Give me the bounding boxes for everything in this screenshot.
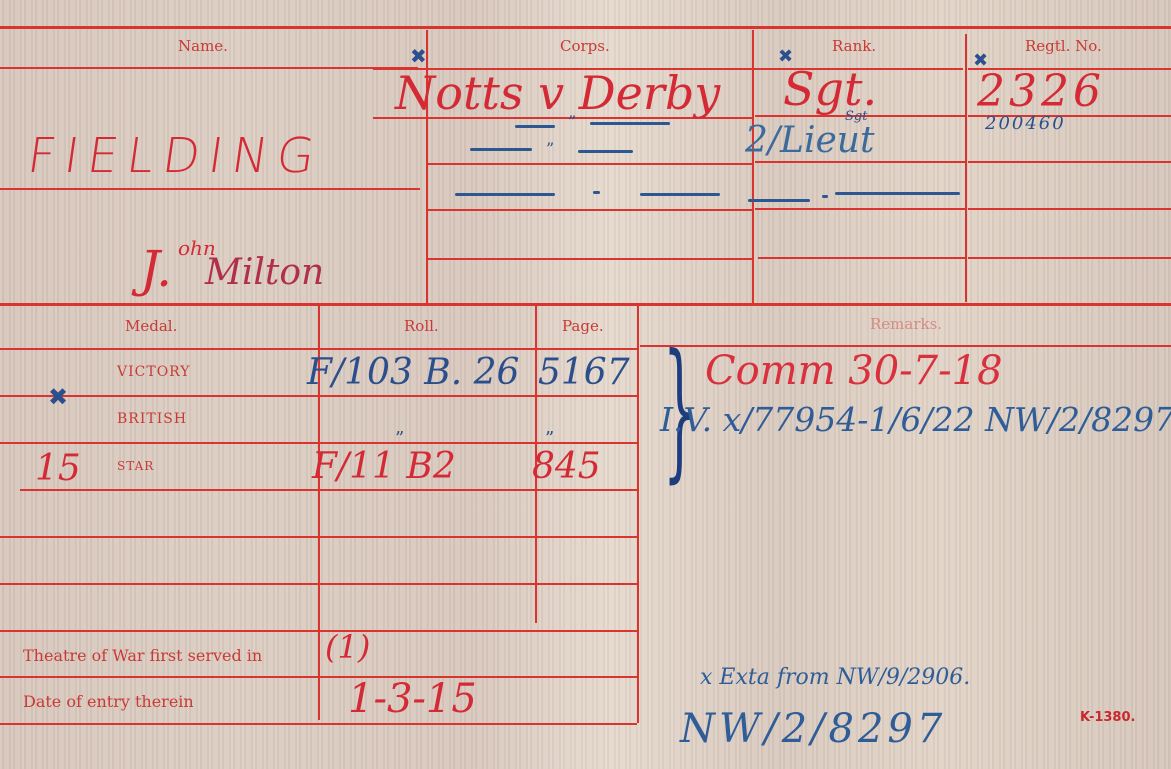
corps-row-line-3 [428,209,753,211]
corps-ditto-mark-2: ” [546,139,554,158]
name-header: Name. [178,37,228,55]
rank-value: Sgt. [783,62,877,116]
forename-second: Milton [205,252,324,293]
top-border-line [0,26,1171,29]
entry-date-row-line [0,723,637,725]
star-roll: F/11 B2 [312,446,456,487]
remarks-column-divider [637,305,639,723]
rank-second-lieut: 2/Lieut [745,120,874,161]
victory-cross-mark: ✖ [48,383,68,411]
remarks-reference: I.V. x/77954-1/6/22 NW/2/8297 [660,400,1171,439]
regtl-no-second: 200460 [985,113,1066,134]
medal-label-british: BRITISH [117,411,187,427]
corps-ditto-dash-3a [455,193,555,196]
rank-ditto-dash-a [748,199,810,202]
name-underline [0,188,420,190]
corps-value: Notts v Derby [395,66,720,120]
corps-ditto-dot-3 [593,191,600,194]
page-header: Page. [562,317,604,335]
rank-column-divider [752,30,754,304]
forename-initial: J. [140,240,172,298]
remarks-header-line [640,345,1171,347]
corps-ditto-dash-2a [470,148,532,151]
rank-row-line-3 [755,208,965,210]
entry-date-value: 1-3-15 [348,676,477,722]
corps-cross-mark: ✖ [410,44,427,68]
corps-ditto-dash-1b [590,122,670,125]
corps-ditto-dash-1a [515,125,555,128]
surname: FIELDING [24,128,327,184]
corps-ditto-dash-2b [578,150,633,153]
remarks-extract-note: x Exta from NW/9/2906. [700,665,970,690]
form-number: K-1380. [1080,710,1135,725]
remarks-nw-reference: NW/2/8297 [680,706,946,752]
regtl-no-value: 2326 [977,66,1105,117]
rank-row-line-2 [755,161,965,163]
header-row-line-left [0,67,418,69]
theatre-label: Theatre of War first served in [23,646,262,665]
corps-header: Corps. [560,37,610,55]
regtl-row-line-2 [968,161,1171,163]
star-prefix: 15 [35,448,81,489]
regtl-row-line-3 [968,208,1171,210]
rank-row-line-4 [758,257,965,259]
regtl-column-divider [965,34,967,302]
corps-row-line-2 [428,163,753,165]
rank-ditto-dot [822,195,828,198]
medal-row-line-3 [20,489,637,491]
theatre-value: (1) [325,628,370,666]
corps-ditto-dash-3b [640,193,720,196]
victory-page: 5167 [538,352,630,393]
rank-header: Rank. [832,37,876,55]
section-divider-line [0,303,1171,306]
medal-index-card: Name. Corps. Rank. Regtl. No. Medal. Rol… [0,0,1171,769]
star-page: 845 [532,446,601,487]
rank-ditto-dash-b [835,192,960,195]
corps-ditto-mark-1: ” [568,112,576,131]
medal-label-star: STAR [117,459,154,473]
corps-row-line-4 [428,258,753,260]
medal-label-victory: VICTORY [117,364,191,380]
regtl-no-header: Regtl. No. [1025,37,1102,55]
medal-header: Medal. [125,317,177,335]
remarks-commission: Comm 30-7-18 [705,348,1003,394]
victory-roll: F/103 B. 26 [307,352,519,393]
roll-header: Roll. [404,317,439,335]
entry-date-label: Date of entry therein [23,692,194,711]
regtl-row-line-4 [968,257,1171,259]
remarks-header: Remarks. [870,315,942,333]
